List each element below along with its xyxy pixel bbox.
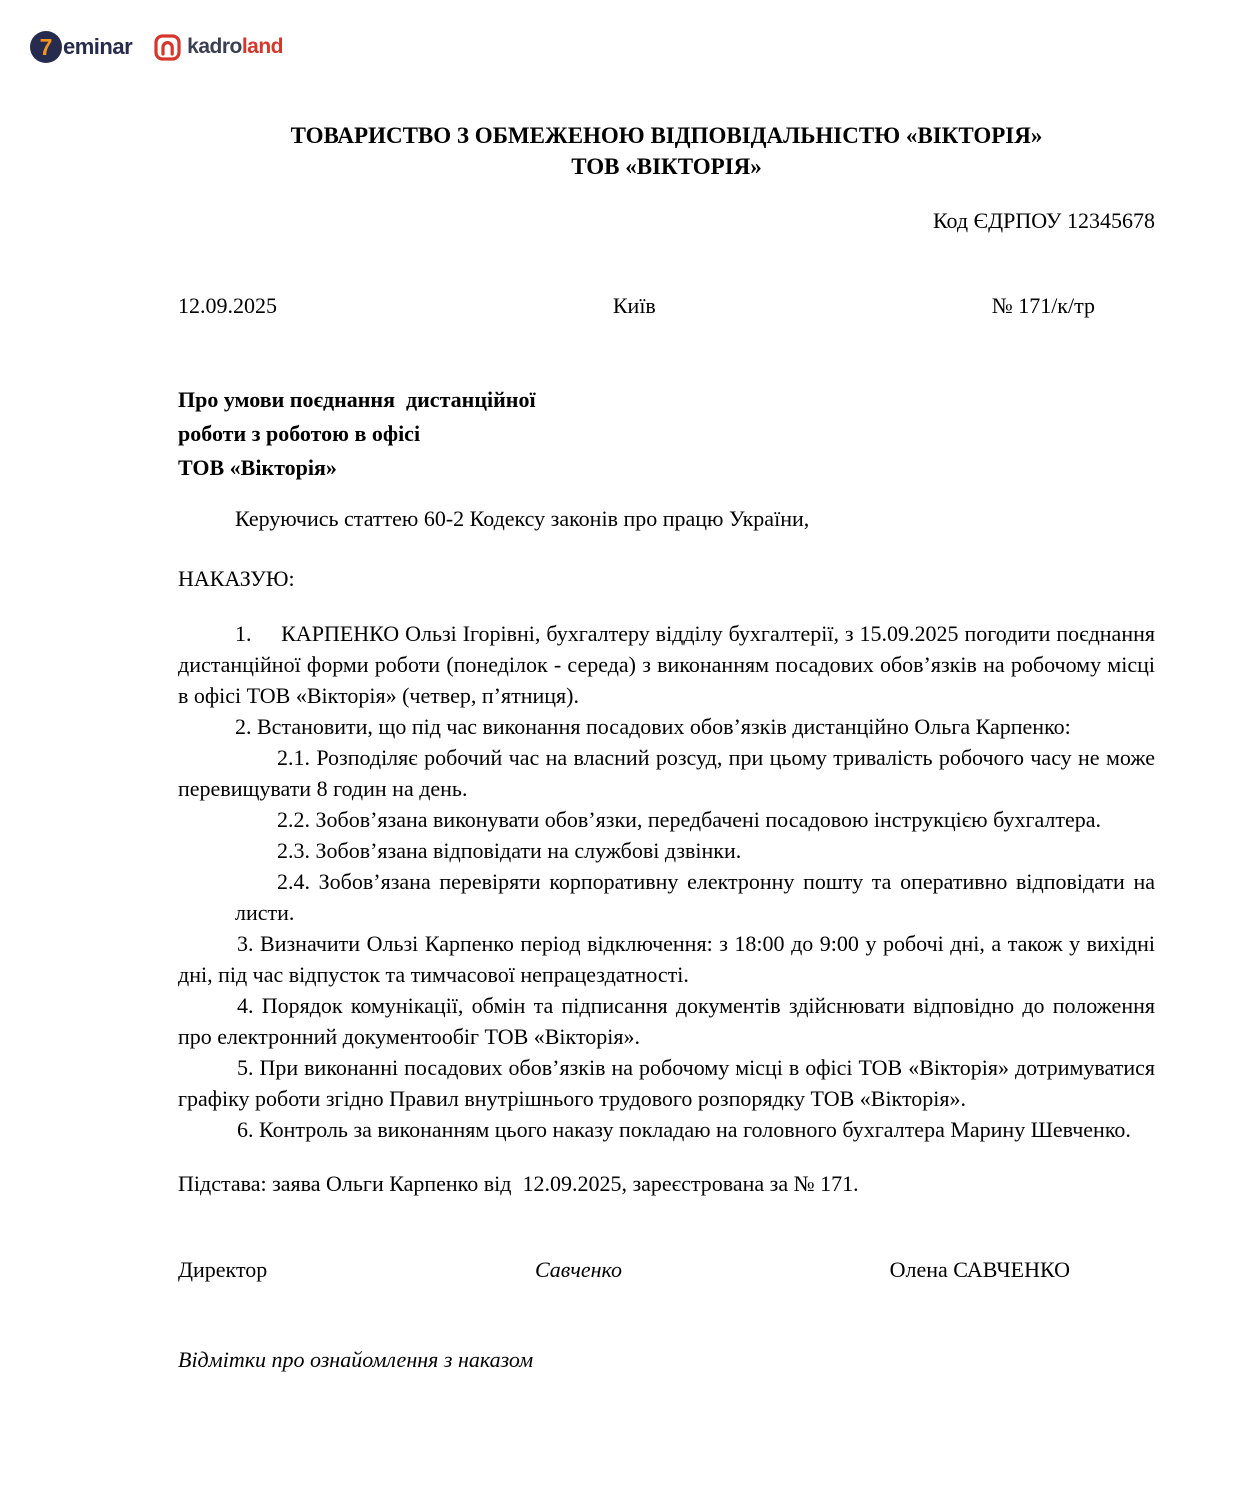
order-item-2-2: 2.2. Зобов’язана виконувати обов’язки, п… xyxy=(235,804,1155,835)
seminar-logo-text: eminar xyxy=(63,34,132,60)
edrpou-code: Код ЄДРПОУ 12345678 xyxy=(178,205,1155,236)
document-city: Київ xyxy=(613,290,656,321)
subject-block: Про умови поєднання дистанційної роботи … xyxy=(178,383,1155,485)
order-item-2-1: 2.1. Розподіляє робочий час на власний р… xyxy=(178,742,1155,804)
signer-position: Директор xyxy=(178,1254,267,1285)
subject-line2: роботи з роботою в офісі xyxy=(178,417,1155,451)
order-item-4: 4. Порядок комунікації, обмін та підписа… xyxy=(178,990,1155,1052)
order-item-2-4: 2.4. Зобов’язана перевіряти корпоративну… xyxy=(235,866,1155,928)
preamble: Керуючись статтею 60-2 Кодексу законів п… xyxy=(178,503,1155,534)
company-title-line2: ТОВ «ВІКТОРІЯ» xyxy=(178,151,1155,182)
seminar-7-icon: 7 xyxy=(30,31,62,63)
order-item-5: 5. При виконанні посадових обов’язків на… xyxy=(178,1052,1155,1114)
company-title-line1: ТОВАРИСТВО З ОБМЕЖЕНОЮ ВІДПОВІДАЛЬНІСТЮ … xyxy=(178,120,1155,151)
document-page: 7 eminar kadroland ТОВАРИСТВО З ОБМЕЖЕНО… xyxy=(0,0,1241,1500)
order-items: 1. КАРПЕНКО Ользі Ігорівні, бухгалтеру в… xyxy=(178,618,1155,1145)
company-title: ТОВАРИСТВО З ОБМЕЖЕНОЮ ВІДПОВІДАЛЬНІСТЮ … xyxy=(178,120,1155,182)
seminar-7-digit: 7 xyxy=(40,36,53,59)
signature-script: Савченко xyxy=(535,1254,622,1285)
order-word: НАКАЗУЮ: xyxy=(178,563,1155,594)
signature-row: Директор Савченко Олена САВЧЕНКО xyxy=(178,1254,1155,1285)
order-item-6: 6. Контроль за виконанням цього наказу п… xyxy=(178,1114,1155,1145)
order-item-2: 2. Встановити, що під час виконання поса… xyxy=(235,711,1155,742)
meta-row: 12.09.2025 Київ № 171/к/тр xyxy=(178,290,1155,321)
document-number: № 171/к/тр xyxy=(992,290,1095,321)
document-date: 12.09.2025 xyxy=(178,290,277,321)
order-item-1: 1. КАРПЕНКО Ользі Ігорівні, бухгалтеру в… xyxy=(178,618,1155,711)
subject-line3: ТОВ «Вікторія» xyxy=(178,451,1155,485)
basis-line: Підстава: заява Ольги Карпенко від 12.09… xyxy=(178,1168,1155,1199)
subject-line1: Про умови поєднання дистанційної xyxy=(178,383,1155,417)
order-item-3: 3. Визначити Ользі Карпенко період відкл… xyxy=(178,928,1155,990)
signer-name: Олена САВЧЕНКО xyxy=(890,1254,1070,1285)
seminar-logo: 7 eminar xyxy=(30,31,132,63)
document-content: ТОВАРИСТВО З ОБМЕЖЕНОЮ ВІДПОВІДАЛЬНІСТЮ … xyxy=(178,0,1155,1375)
acknowledgement-note: Відмітки про ознайомлення з наказом xyxy=(178,1344,1155,1375)
order-item-2-3: 2.3. Зобов’язана відповідати на службові… xyxy=(235,835,1155,866)
